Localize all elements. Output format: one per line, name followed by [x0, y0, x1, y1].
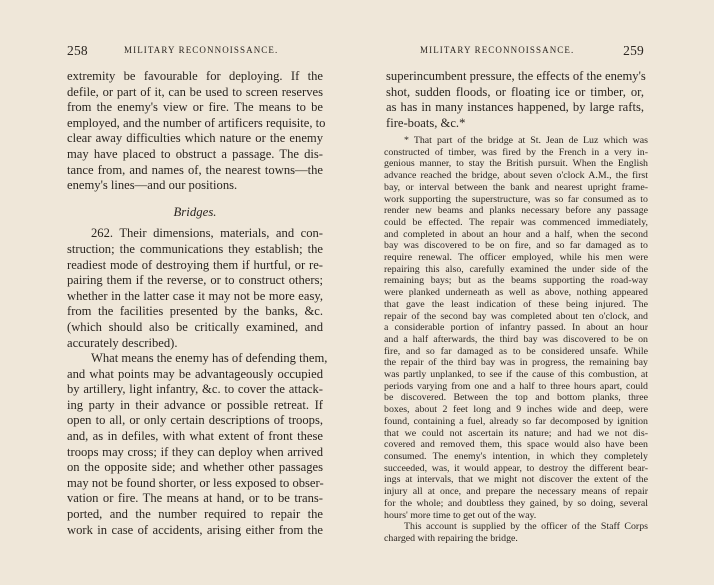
footnote-line: bay was discovered to be on fire, and so… [384, 240, 648, 252]
text-line: may not be found shorter, or less expose… [67, 476, 323, 492]
footnote-line: render new beams and planks necessary be… [384, 205, 648, 217]
footnote-line: a considerable portion of infantry passe… [384, 322, 648, 334]
text-line: readiest mode of destroying them if hurt… [67, 258, 323, 274]
running-title: MILITARY RECONNOISSANCE. [124, 45, 278, 55]
running-title: MILITARY RECONNOISSANCE. [420, 45, 574, 55]
intro-paragraph: extremity be favourable for deploying. I… [67, 69, 323, 194]
section-heading: Bridges. [67, 205, 323, 221]
footnote-line: repair of the second bay was completed a… [384, 311, 648, 323]
footnote-line: was partly unplanked, to see if the caus… [384, 369, 648, 381]
footnote-line: periods varying from one and a half to t… [384, 381, 648, 393]
text-line: 262. Their dimensions, materials, and co… [67, 226, 323, 242]
footnote-line: boxes, about 2 feet long and 9 inches wi… [384, 404, 648, 416]
text-line: as has in many instances happened, by la… [386, 100, 644, 116]
page-number: 258 [67, 43, 88, 59]
footnote-line: remaining bays; but as the beams support… [384, 275, 648, 287]
footnote-line: the repair of the third bay was in progr… [384, 357, 648, 369]
text-line: and what points may be advantageously oc… [67, 367, 323, 383]
footnote-line: could be effected. The repair was commen… [384, 217, 648, 229]
text-line: tance from, and names of, the nearest to… [67, 163, 323, 179]
footnote-source-line: This account is supplied by the officer … [384, 521, 648, 533]
text-line: superincumbent pressure, the effects of … [386, 69, 644, 85]
paragraph-262: 262. Their dimensions, materials, and co… [67, 226, 323, 351]
text-line: extremity be favourable for deploying. I… [67, 69, 323, 85]
text-line: vation or fire. The means at hand, or to… [67, 491, 323, 507]
footnote-line: consumed. The enemy's intention, in whic… [384, 451, 648, 463]
text-line: defile, or part of it, can be used to sc… [67, 85, 323, 101]
footnote-line: succeeded, was, it would appear, to dest… [384, 463, 648, 475]
text-line: (which should also be critically examine… [67, 320, 323, 336]
right-page: MILITARY RECONNOISSANCE. 259 superincumb… [357, 0, 714, 585]
text-line: whether in the latter case it may not be… [67, 289, 323, 305]
footnote-line: require renewal. The officer employed, w… [384, 252, 648, 264]
footnote-line: repairing this also, carefully examined … [384, 264, 648, 276]
left-running-head: 258 MILITARY RECONNOISSANCE. [66, 43, 324, 59]
footnote-source-line: charged with repairing the bridge. [384, 533, 648, 545]
footnote-line: work supporting the superstructure, was … [384, 194, 648, 206]
text-line: by artillery, light infantry, &c. to cov… [67, 382, 323, 398]
footnote-line: advance reached the bridge, about seven … [384, 170, 648, 182]
text-line: may have placed to obstruct a passage. T… [67, 147, 323, 163]
footnote-line: covered and removed them, this space wou… [384, 439, 648, 451]
footnote-line: and a half afterwards, the third bay was… [384, 334, 648, 346]
text-line: What means the enemy has of defending th… [67, 351, 323, 367]
footnote-line: be discovered. Between the top and botto… [384, 392, 648, 404]
footnote-line: for the whole; and doubtless they gained… [384, 498, 648, 510]
text-line: troops may cross; if they can deploy whe… [67, 445, 323, 461]
text-line: from the facilities presented by the ban… [67, 304, 323, 320]
text-line: employed, and the number of artificers r… [67, 116, 323, 132]
book-spread: 258 MILITARY RECONNOISSANCE. extremity b… [0, 0, 714, 585]
text-line: struction; the communications they estab… [67, 242, 323, 258]
text-line: open to all, or only certain description… [67, 413, 323, 429]
footnote-line: ings at intervals, that we might not dis… [384, 474, 648, 486]
text-line: fire-boats, &c.* [386, 116, 644, 132]
text-line: work in case of accidents, arising eithe… [67, 523, 323, 539]
footnote-line: constructed of timber, was fired by the … [384, 147, 648, 159]
footnote-line: were planked underneath as well as above… [384, 287, 648, 299]
footnote-line: that we could not ascertain its nature; … [384, 428, 648, 440]
footnote-line: genious manner, to stay the British purs… [384, 158, 648, 170]
text-line: from the enemy's view or fire. The means… [67, 100, 323, 116]
paragraph-defending: What means the enemy has of defending th… [67, 351, 323, 538]
text-line: accurately described). [67, 336, 323, 352]
text-line: pairing them if the reverse, or to const… [67, 273, 323, 289]
text-line: ing party in their advance or possible r… [67, 398, 323, 414]
text-line: clear away difficulties which nature or … [67, 131, 323, 147]
text-line: ported, and the number required to repai… [67, 507, 323, 523]
left-page: 258 MILITARY RECONNOISSANCE. extremity b… [0, 0, 357, 585]
text-line: enemy's lines—and our positions. [67, 178, 323, 194]
left-body-text: extremity be favourable for deploying. I… [67, 69, 323, 538]
text-line: on the opposite side; and whether other … [67, 460, 323, 476]
footnote-line: fire, and so far damaged as to be consid… [384, 346, 648, 358]
text-line: shot, sudden floods, or floating ice or … [386, 85, 644, 101]
text-line: and, as in defiles, with what extent of … [67, 429, 323, 445]
right-body-text: superincumbent pressure, the effects of … [386, 69, 644, 131]
right-running-head: MILITARY RECONNOISSANCE. 259 [386, 43, 644, 59]
footnote-line: injury all at once, and prepare the nece… [384, 486, 648, 498]
footnote: * That part of the bridge at St. Jean de… [384, 135, 648, 545]
footnote-line: * That part of the bridge at St. Jean de… [384, 135, 648, 147]
footnote-line: hours' more time to get out of the way. [384, 510, 648, 522]
footnote-line: bay, or interval between the bank and ne… [384, 182, 648, 194]
footnote-line: and completed in about an hour and a hal… [384, 229, 648, 241]
page-number: 259 [623, 43, 644, 59]
footnote-line: that gave the least indication of these … [384, 299, 648, 311]
footnote-line: found, containing a fuel, already so far… [384, 416, 648, 428]
